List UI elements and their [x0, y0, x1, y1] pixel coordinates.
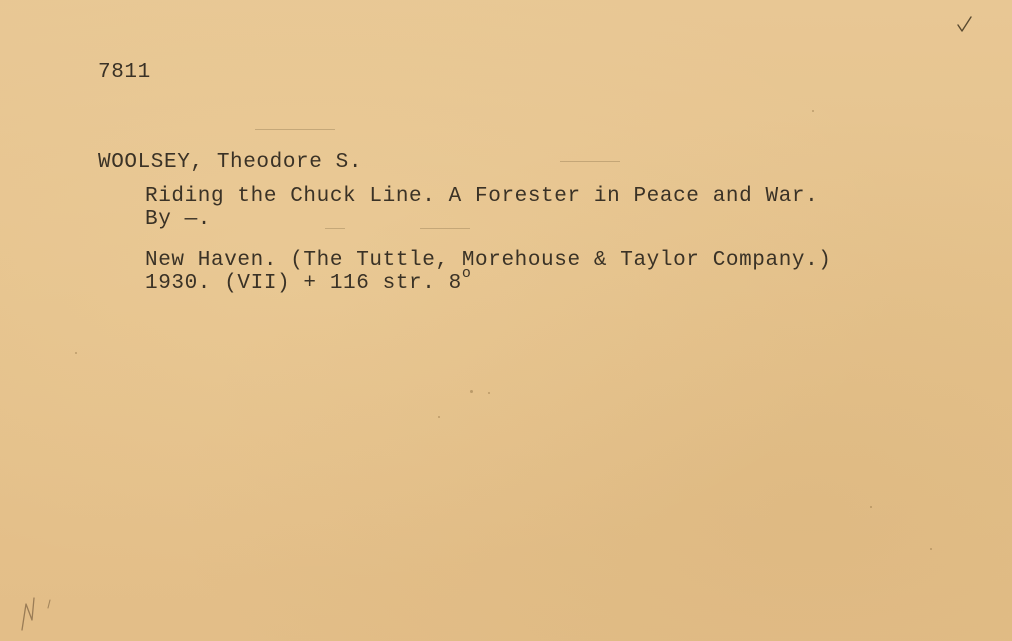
statement-of-responsibility: By —.: [145, 209, 211, 231]
title-line: Riding the Chuck Line. A Forester in Pea…: [145, 186, 818, 208]
paper-speck: [812, 110, 814, 112]
format-superscript: o: [462, 265, 472, 282]
paper-speck: [75, 352, 77, 354]
paper-speck: [470, 390, 473, 393]
paper-speck: [870, 506, 872, 508]
ghost-dash: [255, 129, 335, 130]
catalog-card: 7811 WOOLSEY, Theodore S. Riding the Chu…: [0, 0, 1012, 641]
collation-text: 1930. (VII) + 116 str. 8: [145, 272, 462, 295]
checkmark-icon: [955, 14, 975, 34]
paper-speck: [438, 416, 440, 418]
paper-speck: [930, 548, 932, 550]
author-heading: WOOLSEY, Theodore S.: [98, 152, 362, 174]
imprint-publisher: New Haven. (The Tuttle, Morehouse & Tayl…: [145, 250, 832, 272]
paper-speck: [488, 392, 490, 394]
imprint-collation: 1930. (VII) + 116 str. 8o: [145, 273, 471, 296]
ghost-dash: [325, 228, 345, 229]
ghost-dash: [420, 228, 470, 229]
ghost-dash: [560, 161, 620, 162]
pencil-scribble-icon: [16, 590, 56, 638]
call-number: 7811: [98, 62, 151, 84]
